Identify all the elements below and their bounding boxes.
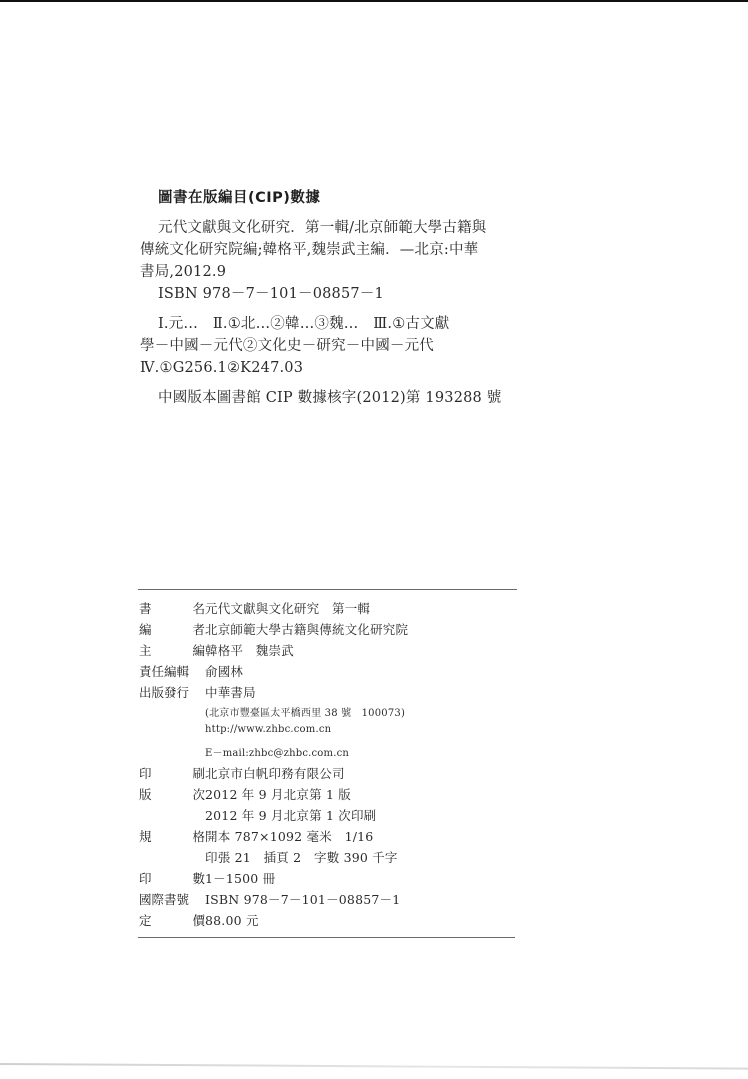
- colophon-row-responsible-editor: 責任編輯 俞國林: [139, 662, 519, 683]
- colophon-block: 書名 元代文獻與文化研究 第一輯 編者 北京師範大學古籍與傳統文化研究院 主編 …: [139, 599, 519, 932]
- row-value: 2012 年 9 月北京第 1 次印刷: [205, 806, 376, 824]
- divider-top: [138, 589, 517, 590]
- row-label: 責任編輯: [139, 662, 205, 680]
- row-label: 主編: [139, 641, 205, 659]
- colophon-row-sheets: 印張 21 插頁 2 字數 390 千字: [139, 848, 519, 869]
- row-value: 北京師範大學古籍與傳統文化研究院: [205, 620, 408, 638]
- row-label: 書名: [139, 599, 205, 617]
- row-value: 韓格平 魏崇武: [205, 641, 294, 659]
- row-label: 出版發行: [139, 683, 205, 701]
- cip-isbn: ISBN 978－7－101－08857－1: [140, 283, 520, 305]
- scan-top-edge: [0, 0, 748, 2]
- colophon-row-title: 書名 元代文獻與文化研究 第一輯: [139, 599, 519, 620]
- cip-title: 圖書在版編目(CIP)數據: [158, 186, 520, 207]
- colophon-row-isbn: 國際書號 ISBN 978－7－101－08857－1: [139, 890, 519, 911]
- row-value: 印張 21 插頁 2 字數 390 千字: [205, 848, 398, 866]
- row-value: 中華書局: [205, 683, 256, 701]
- row-label: 規格: [139, 827, 205, 845]
- colophon-row-price: 定價 88.00 元: [139, 911, 519, 932]
- colophon-row-publisher: 出版發行 中華書局: [139, 683, 519, 704]
- row-value: 北京市白帆印務有限公司: [205, 764, 345, 782]
- publisher-address: (北京市豐臺區太平橋西里 38 號 100073): [205, 704, 405, 719]
- publisher-email: E－mail:zhbc@zhbc.com.cn: [205, 744, 349, 759]
- cip-block: 圖書在版編目(CIP)數據 元代文獻與文化研究．第一輯/北京師範大學古籍與 傳統…: [140, 186, 520, 409]
- colophon-row-format: 規格 開本 787×1092 毫米 1/16: [139, 827, 519, 848]
- colophon-row-editor: 編者 北京師範大學古籍與傳統文化研究院: [139, 620, 519, 641]
- publisher-website: http://www.zhbc.com.cn: [205, 724, 331, 735]
- colophon-row-print-run: 印數 1－1500 冊: [139, 869, 519, 890]
- row-value: 88.00 元: [205, 911, 259, 929]
- row-label: 印刷: [139, 764, 205, 782]
- cip-subject-line: Ⅰ.元… Ⅱ.①北…②韓…③魏… Ⅲ.①古文獻: [140, 313, 520, 335]
- cip-line: 元代文獻與文化研究．第一輯/北京師範大學古籍與: [140, 217, 520, 239]
- row-label: 印數: [139, 869, 205, 887]
- row-value: ISBN 978－7－101－08857－1: [205, 890, 400, 908]
- row-value: 1－1500 冊: [205, 869, 275, 887]
- cip-record-number: 中國版本圖書館 CIP 數據核字(2012)第 193288 號: [140, 387, 520, 409]
- row-value: 2012 年 9 月北京第 1 版: [205, 785, 351, 803]
- colophon-row-email: E－mail:zhbc@zhbc.com.cn: [139, 744, 519, 764]
- cip-line: 傳統文化研究院編;韓格平,魏崇武主編．—北京:中華: [140, 239, 520, 261]
- row-value: 元代文獻與文化研究 第一輯: [205, 599, 370, 617]
- colophon-row-website: http://www.zhbc.com.cn: [139, 724, 519, 744]
- scan-bottom-edge: [0, 1063, 748, 1070]
- cip-classification: Ⅳ.①G256.1②K247.03: [140, 357, 520, 379]
- colophon-row-edition: 版次 2012 年 9 月北京第 1 版: [139, 785, 519, 806]
- row-value: 開本 787×1092 毫米 1/16: [205, 827, 373, 845]
- row-label: 定價: [139, 911, 205, 929]
- cip-line: 書局,2012.9: [140, 261, 520, 283]
- divider-bottom: [138, 937, 515, 938]
- row-label: 版次: [139, 785, 205, 803]
- row-value: 俞國林: [205, 662, 243, 680]
- colophon-row-chief-editors: 主編 韓格平 魏崇武: [139, 641, 519, 662]
- row-label: 國際書號: [139, 890, 205, 908]
- colophon-row-address: (北京市豐臺區太平橋西里 38 號 100073): [139, 704, 519, 724]
- colophon-row-printing: 2012 年 9 月北京第 1 次印刷: [139, 806, 519, 827]
- cip-subject-line: 學－中國－元代②文化史－研究－中國－元代: [140, 335, 520, 357]
- colophon-row-printer: 印刷 北京市白帆印務有限公司: [139, 764, 519, 785]
- row-label: 編者: [139, 620, 205, 638]
